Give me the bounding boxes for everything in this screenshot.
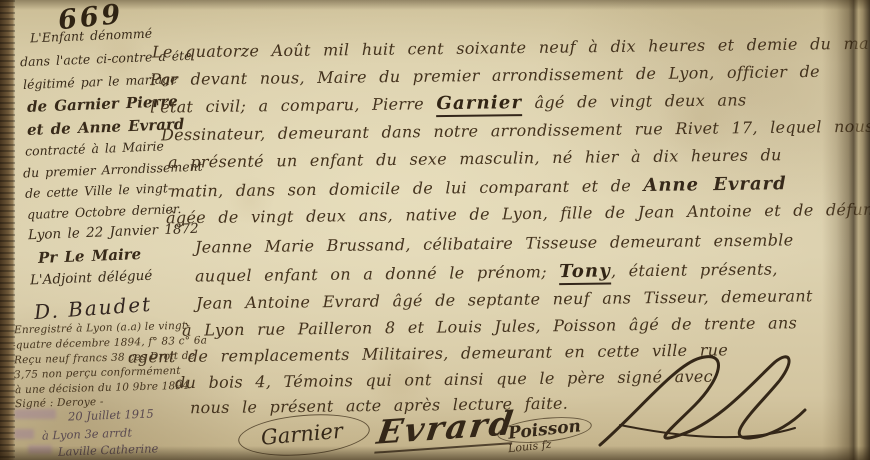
marriage-mention-line: Laville Catherine — [58, 441, 159, 458]
body-line: Le quatorze Août mil huit cent soixante … — [152, 33, 870, 61]
body-text: , étaient présents, — [611, 259, 778, 280]
body-line: a présenté un enfant du sexe masculin, n… — [168, 145, 782, 171]
mayor-signature-flourish — [580, 350, 810, 455]
marriage-mention-line: à Lyon 3e arrdt — [42, 425, 132, 442]
marriage-mention-line: 20 Juillet 1915 — [68, 407, 154, 424]
faded-stamp — [14, 409, 56, 419]
margin-note-line: quatre Octobre dernier. — [27, 201, 182, 222]
page-fold-edge — [822, 0, 870, 460]
body-text: matin, dans son domicile de lui comparan… — [170, 176, 644, 201]
registration-line: 3,75 non perçu conformément — [14, 365, 181, 381]
body-line: Dessinateur, demeurant dans notre arrond… — [161, 117, 870, 145]
body-text: auquel enfant on a donné le prénom; — [195, 262, 559, 285]
body-line: Jeanne Marie Brussand, célibataire Tisse… — [195, 230, 794, 256]
grandfather-signature: Evrard — [374, 403, 517, 453]
faded-stamp — [28, 445, 52, 454]
father-name: Garnier — [436, 92, 522, 117]
margin-note-line: L'Adjoint délégué — [30, 268, 153, 289]
register-page: 669 L'Enfant dénommé dans l'acte ci-cont… — [0, 0, 870, 460]
body-line: auquel enfant on a donné le prénom; Tony… — [195, 258, 778, 286]
body-line: matin, dans son domicile de lui comparan… — [170, 173, 787, 202]
mother-name: Anne Evrard — [643, 173, 787, 196]
body-text: âgé de vingt deux ans — [522, 90, 746, 112]
body-text: l'état civil; a comparu, Pierre — [150, 94, 437, 116]
margin-note-line: L'Enfant dénommé — [30, 26, 153, 46]
book-binding-edge — [0, 0, 15, 460]
margin-note-line: de cette Ville le vingt- — [25, 180, 173, 201]
margin-note-line: contracté à la Mairie — [25, 138, 164, 158]
body-line: Jean Antoine Evrard âgé de septante neuf… — [196, 286, 813, 313]
margin-note-line: Pr Le Maire — [38, 245, 142, 267]
body-line: âgée de vingt deux ans, native de Lyon, … — [166, 200, 870, 228]
deputy-signature: D. Baudet — [33, 292, 153, 324]
child-firstname: Tony — [559, 260, 611, 285]
body-line: l'état civil; a comparu, Pierre Garnier … — [150, 89, 747, 117]
body-line: Par devant nous, Maire du premier arrond… — [150, 62, 820, 89]
registration-line: à une décision du 10 9bre 1894 — [15, 380, 189, 397]
father-signature: Garnier — [237, 409, 372, 460]
body-line: à Lyon rue Pailleron 8 et Louis Jules, P… — [182, 313, 797, 340]
faded-stamp — [14, 429, 34, 439]
